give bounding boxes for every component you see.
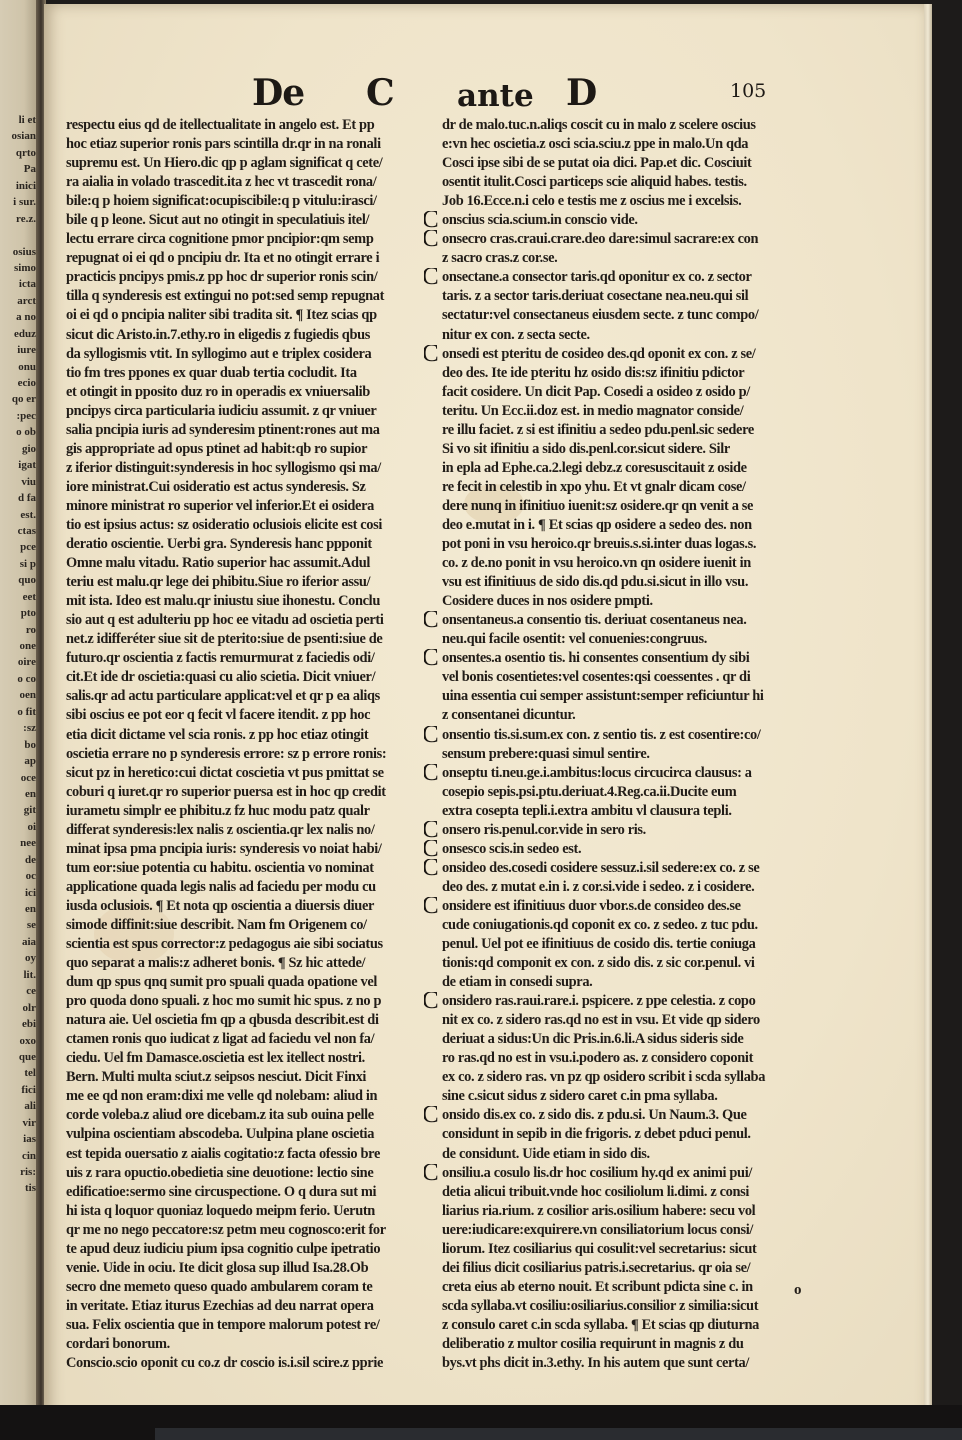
text-line: re fecit in celestib in xpo yhu. Et vt g… xyxy=(424,478,800,497)
text-line: iurametu simplr ee phibitu.z fz huc modu… xyxy=(66,802,426,821)
facing-page-fragment: o fit xyxy=(0,704,36,720)
facing-page-fragment: osius xyxy=(0,244,36,260)
line-text: e:vn hec oscietia.z osci scia.sciu.z ppe… xyxy=(442,136,748,152)
facing-page-fragment: Pa xyxy=(0,161,36,177)
text-line: da syllogismis vtit. In syllogimo aut e … xyxy=(66,345,426,364)
text-line: detia alicui tribuit.vnde hoc cosiliolum… xyxy=(424,1183,800,1202)
dictionary-entry-line: Consectane.a consector taris.qd oponitur… xyxy=(424,268,800,287)
line-text: etia dicit dictame vel scia ronis. z pp … xyxy=(66,727,368,743)
initial-letter: C xyxy=(424,726,438,745)
line-text: qr me no nego peccatore:sz petm meu cogn… xyxy=(66,1222,386,1238)
line-text: tio fm tres ppones ex quar duab tertia c… xyxy=(66,365,357,381)
facing-page-fragment: ce xyxy=(0,983,36,999)
facing-page-fragment: viu xyxy=(0,474,36,490)
facing-page-text-fragments: li etosianqrtoPainicii sur.re.z.osiussim… xyxy=(0,112,36,1197)
dictionary-entry-line: Consido dis.ex co. z sido dis. z pdu.si.… xyxy=(424,1106,800,1125)
dictionary-entry-line: Consideo des.cosedi cosidere sessuz.i.si… xyxy=(424,859,800,878)
line-text: bys.vt phs dicit in.3.ethy. In his autem… xyxy=(442,1355,749,1371)
line-text: onsentes.a osentio tis. hi consentes con… xyxy=(442,650,749,666)
line-text: sensum prebere:quasi simul sentire. xyxy=(442,746,650,762)
line-text: Conscio.scio oponit cu co.z dr coscio is… xyxy=(66,1355,383,1371)
line-text: re fecit in celestib in xpo yhu. Et vt g… xyxy=(442,479,746,495)
text-line: sine c.sicut sidus z sidero caret c.in p… xyxy=(424,1087,800,1106)
line-text: de etiam in consedi supra. xyxy=(442,974,592,990)
text-line: deo des. z mutat e.in i. z cor.si.vide i… xyxy=(424,878,800,897)
facing-page-fragment: icta xyxy=(0,276,36,292)
line-text: tilla q synderesis est extingui no pot:s… xyxy=(66,288,384,304)
facing-page-fragment: iure xyxy=(0,342,36,358)
line-text: iurametu simplr ee phibitu.z fz huc modu… xyxy=(66,803,370,819)
line-text: sibi oscius ee pot eor q fecit vl facere… xyxy=(66,707,370,723)
line-text: uere:iudicare:exquirere.vn consiliatoriu… xyxy=(442,1222,753,1238)
line-text: onsido dis.ex co. z sido dis. z pdu.si. … xyxy=(442,1107,747,1123)
text-line: iore ministrat.Cui osideratio est actus … xyxy=(66,478,426,497)
text-line: ciedu. Uel fm Damasce.oscietia est lex i… xyxy=(66,1049,426,1068)
line-text: sio aut q est adulteriu pp hoc ee vitadu… xyxy=(66,612,384,628)
text-line: considunt in sepib in die frigoris. z de… xyxy=(424,1125,800,1144)
line-text: scientia est spus corrector:z pedagogus … xyxy=(66,936,383,952)
line-text: tio est ipsius actus: sz osideratio oclu… xyxy=(66,517,382,533)
text-line: deratio oscientie. Uerbi gra. Synderesis… xyxy=(66,535,426,554)
line-text: ctamen ronis quo iudicat z ligat ad faci… xyxy=(66,1031,374,1047)
text-line: teriu est malu.qr lege dei phibitu.Siue … xyxy=(66,573,426,592)
running-head-letter-c: C xyxy=(366,72,395,114)
line-text: hi ista q loquor quoniaz loquedo meipm f… xyxy=(66,1203,375,1219)
text-line: taris. z a sector taris.deriuat cosectan… xyxy=(424,287,800,306)
line-text: Cosci ipse sibi de se putat oia dici. Pa… xyxy=(442,155,752,171)
line-text: differat synderesis:lex nalis z oscienti… xyxy=(66,822,375,838)
text-line: bile q p leone. Sicut aut no otingit in … xyxy=(66,211,426,230)
text-line: deriuat a sidus:Un dic Pris.in.6.li.A si… xyxy=(424,1030,800,1049)
text-line: scientia est spus corrector:z pedagogus … xyxy=(66,935,426,954)
line-text: ra aialia in volado trascedit.ita z hec … xyxy=(66,174,376,190)
line-text: neu.qui facile osentit: vel conuenies:co… xyxy=(442,631,707,647)
initial-letter: C xyxy=(424,268,438,287)
initial-letter: C xyxy=(424,649,438,668)
line-text: natura aie. Uel oscietia fm qp a qbusda … xyxy=(66,1012,379,1028)
text-line: sensum prebere:quasi simul sentire. xyxy=(424,745,800,764)
text-line: uere:iudicare:exquirere.vn consiliatoriu… xyxy=(424,1221,800,1240)
dictionary-entry-line: Consiliu.a cosulo lis.dr hoc cosilium hy… xyxy=(424,1164,800,1183)
text-line: venie. Uide in ociu. Ite dicit glosa sup… xyxy=(66,1259,426,1278)
line-text: facit cosidere. Un dicit Pap. Cosedi a o… xyxy=(442,384,750,400)
text-column-left: respectu eius qd de itellectualitate in … xyxy=(66,116,426,1373)
text-line: Cosci ipse sibi de se putat oia dici. Pa… xyxy=(424,154,800,173)
text-line: repugnat oi ei qd o pncipiu dr. Ita et n… xyxy=(66,249,426,268)
line-text: sectatur:vel consectaneus eiusdem secte.… xyxy=(442,307,758,323)
initial-letter: C xyxy=(424,1106,438,1125)
line-text: scda syllaba.vt cosiliu:osiliarius.consi… xyxy=(442,1298,758,1314)
facing-page-fragment: simo xyxy=(0,260,36,276)
line-text: onsideo des.cosedi cosidere sessuz.i.sil… xyxy=(442,860,759,876)
line-text: detia alicui tribuit.vnde hoc cosiliolum… xyxy=(442,1184,749,1200)
line-text: deliberatio z multor cosilia requirunt i… xyxy=(442,1336,744,1352)
dictionary-entry-line: Consentaneus.a consentio tis. deriuat co… xyxy=(424,611,800,630)
text-column-right: dr de malo.tuc.n.aliqs coscit cu in malo… xyxy=(424,116,800,1373)
line-text: onseptu ti.neu.ge.i.ambitus:locus circuc… xyxy=(442,765,752,781)
text-line: liorum. Itez cosiliarius qui cosulit:vel… xyxy=(424,1240,800,1259)
line-text: vulpina oscientiam abscodeba. Uulpina pl… xyxy=(66,1126,374,1142)
dictionary-entry-line: Consentio tis.si.sum.ex con. z sentio ti… xyxy=(424,726,800,745)
text-line: pncipys circa particularia iudiciu assum… xyxy=(66,402,426,421)
text-line: qr me no nego peccatore:sz petm meu cogn… xyxy=(66,1221,426,1240)
text-line: e:vn hec oscietia.z osci scia.sciu.z ppe… xyxy=(424,135,800,154)
text-line: oi ei qd o pncipia naliter sibi tradita … xyxy=(66,306,426,325)
scan-background-strip xyxy=(155,1428,962,1440)
line-text: Bern. Multi multa sciut.z seipsos nesciu… xyxy=(66,1069,366,1085)
initial-letter: C xyxy=(424,764,438,783)
facing-page-fragment: pto xyxy=(0,605,36,621)
text-line: creta eius ab eterno nouit. Et scribunt … xyxy=(424,1278,800,1297)
text-line: vulpina oscientiam abscodeba. Uulpina pl… xyxy=(66,1125,426,1144)
dictionary-entry-line: Considero ras.raui.rare.i. pspicere. z p… xyxy=(424,992,800,1011)
line-text: vel bonis cosentietes:vel cosentes:qsi c… xyxy=(442,669,750,685)
facing-page-fragment: oc xyxy=(0,868,36,884)
text-line: tio fm tres ppones ex quar duab tertia c… xyxy=(66,364,426,383)
text-line: de considunt. Uide etiam in sido dis. xyxy=(424,1145,800,1164)
text-line: z iferior distinguit:synderesis in hoc s… xyxy=(66,459,426,478)
facing-page-fragment: en xyxy=(0,901,36,917)
text-line: sicut pz in heretico:cui dictat coscieti… xyxy=(66,764,426,783)
text-line: cude coniugationis.qd coponit ex co. z s… xyxy=(424,916,800,935)
line-text: liorum. Itez cosiliarius qui cosulit:vel… xyxy=(442,1241,756,1257)
text-line: teritu. Un Ecc.ii.doz est. in medio magn… xyxy=(424,402,800,421)
text-line: hoc etiaz superior ronis pars scintilla … xyxy=(66,135,426,154)
facing-page-fragment: :pec xyxy=(0,408,36,424)
text-line: tilla q synderesis est extingui no pot:s… xyxy=(66,287,426,306)
facing-page-fragment: quo xyxy=(0,572,36,588)
line-text: simode diffinit:siue describit. Nam fm O… xyxy=(66,917,367,933)
facing-page-fragment: que xyxy=(0,1049,36,1065)
initial-letter: C xyxy=(424,1164,438,1183)
text-line: cordari bonorum. xyxy=(66,1335,426,1354)
facing-page-fragment: oxo xyxy=(0,1033,36,1049)
facing-page-fragment: onu xyxy=(0,359,36,375)
text-line: tionis:qd componit ex con. z sido dis. z… xyxy=(424,954,800,973)
facing-page-fragment: li et xyxy=(0,112,36,128)
text-line: facit cosidere. Un dicit Pap. Cosedi a o… xyxy=(424,383,800,402)
initial-letter: C xyxy=(424,230,438,249)
line-text: gis appropriate ad opus ptinet ad habit:… xyxy=(66,441,367,457)
line-text: dere nunq in ifinitiuo iuenit:sz osidere… xyxy=(442,498,753,514)
text-line: hi ista q loquor quoniaz loquedo meipm f… xyxy=(66,1202,426,1221)
text-line: co. z de.no ponit in vsu heroico.vn qn o… xyxy=(424,554,800,573)
text-line: tum eor:siue potentia cu habitu. oscient… xyxy=(66,859,426,878)
text-line: deo e.mutat in i. ¶ Et scias qp osidere … xyxy=(424,516,800,535)
line-text: cosepio sepis.psi.ptu.deriuat.4.Reg.ca.i… xyxy=(442,784,736,800)
line-text: liarius ria.rium. z cosilior aris.osiliu… xyxy=(442,1203,755,1219)
facing-page-fragment: inici xyxy=(0,178,36,194)
dictionary-entry-line: Conseptu ti.neu.ge.i.ambitus:locus circu… xyxy=(424,764,800,783)
line-text: dr de malo.tuc.n.aliqs coscit cu in malo… xyxy=(442,117,756,133)
facing-page-fragment: de xyxy=(0,852,36,868)
dictionary-entry-line: Consentes.a osentio tis. hi consentes co… xyxy=(424,649,800,668)
line-text: nit ex co. z sidero ras.qd no est in vsu… xyxy=(442,1012,760,1028)
facing-page-fragment: bo xyxy=(0,737,36,753)
line-text: onsidere est ifinitiuus duor vbor.s.de c… xyxy=(442,898,741,914)
line-text: iore ministrat.Cui osideratio est actus … xyxy=(66,479,366,495)
facing-page-fragment: eduz xyxy=(0,326,36,342)
line-text: repugnat oi ei qd o pncipiu dr. Ita et n… xyxy=(66,250,379,266)
running-head-word-ante: ante xyxy=(457,78,534,114)
line-text: uis z rara opuctio.obedietia sine deuoti… xyxy=(66,1165,373,1181)
dictionary-entry-line: Consecro cras.craui.crare.deo dare:simul… xyxy=(424,230,800,249)
text-line: respectu eius qd de itellectualitate in … xyxy=(66,116,426,135)
line-text: co. z de.no ponit in vsu heroico.vn qn o… xyxy=(442,555,751,571)
text-line: applicatione quada legis nalis ad facied… xyxy=(66,878,426,897)
line-text: ex co. z sidero ras. vn pz qp osidero sc… xyxy=(442,1069,765,1085)
line-text: mit ista. Ideo est malu.qr iniustu siue … xyxy=(66,593,380,609)
line-text: extra cosepta tepli.i.extra ambitu vl cl… xyxy=(442,803,732,819)
text-line: vsu est ifinitiuus de sido dis.qd pdu.si… xyxy=(424,573,800,592)
text-line: quo separat a malis:z adheret bonis. ¶ S… xyxy=(66,954,426,973)
facing-page-fragment: qo er xyxy=(0,391,36,407)
facing-page-fragment: oce xyxy=(0,770,36,786)
line-text: minat ipsa pma pncipia iuris: synderesis… xyxy=(66,841,382,857)
text-line: ex co. z sidero ras. vn pz qp osidero sc… xyxy=(424,1068,800,1087)
running-header: De C ante D 105 xyxy=(44,72,924,116)
line-text: respectu eius qd de itellectualitate in … xyxy=(66,117,374,133)
line-text: cit.Et ide dr oscietia:quasi cu alio sci… xyxy=(66,669,375,685)
facing-page-fragment: pce xyxy=(0,539,36,555)
line-text: onsidero ras.raui.rare.i. pspicere. z pp… xyxy=(442,993,755,1009)
text-line: sio aut q est adulteriu pp hoc ee vitadu… xyxy=(66,611,426,630)
facing-page-fragment: se xyxy=(0,917,36,933)
page-fore-edge xyxy=(924,4,932,1424)
line-text: cordari bonorum. xyxy=(66,1336,170,1352)
facing-page-fragment: o co xyxy=(0,671,36,687)
line-text: deo des. z mutat e.in i. z cor.si.vide i… xyxy=(442,879,754,895)
line-text: salis.qr ad actu particulare applicat:ve… xyxy=(66,688,380,704)
text-line: dere nunq in ifinitiuo iuenit:sz osidere… xyxy=(424,497,800,516)
text-line: salis.qr ad actu particulare applicat:ve… xyxy=(66,687,426,706)
line-text: et otingit in pposito duz ro in operadis… xyxy=(66,384,370,400)
text-line: ctamen ronis quo iudicat z ligat ad faci… xyxy=(66,1030,426,1049)
line-text: sine c.sicut sidus z sidero caret c.in p… xyxy=(442,1088,717,1104)
facing-page-fragment: tel xyxy=(0,1065,36,1081)
facing-page-fragment: nee xyxy=(0,835,36,851)
facing-page-fragment: d fa xyxy=(0,490,36,506)
text-line: extra cosepta tepli.i.extra ambitu vl cl… xyxy=(424,802,800,821)
facing-page-fragment: ris: xyxy=(0,1164,36,1180)
line-text: considunt in sepib in die frigoris. z de… xyxy=(442,1126,751,1142)
line-text: deo e.mutat in i. ¶ Et scias qp osidere … xyxy=(442,517,752,533)
facing-page-fragment: aia xyxy=(0,934,36,950)
text-line: lectu errare circa cognitione pmor pncip… xyxy=(66,230,426,249)
facing-page-fragment: fici xyxy=(0,1082,36,1098)
text-line: te apud deuz iudiciu pium ipsa cognitio … xyxy=(66,1240,426,1259)
line-text: tum eor:siue potentia cu habitu. oscient… xyxy=(66,860,374,876)
text-line: vel bonis cosentietes:vel cosentes:qsi c… xyxy=(424,668,800,687)
facing-page-fragment: ctas xyxy=(0,523,36,539)
text-line: coburi q iuret.qr ro superior puersa est… xyxy=(66,783,426,802)
text-line: Bern. Multi multa sciut.z seipsos nesciu… xyxy=(66,1068,426,1087)
text-line: est tepida ouersatio z aialis cogitatio:… xyxy=(66,1145,426,1164)
facing-page-fragment: oi xyxy=(0,819,36,835)
line-text: secro dne memeto queso quado ambularem c… xyxy=(66,1279,372,1295)
text-line: natura aie. Uel oscietia fm qp a qbusda … xyxy=(66,1011,426,1030)
text-line: me ee qd non eram:dixi me velle qd noleb… xyxy=(66,1087,426,1106)
line-text: sua. Felix oscientia que in tempore malo… xyxy=(66,1317,380,1333)
line-text: bile q p leone. Sicut aut no otingit in … xyxy=(66,212,369,228)
text-line: minore ministrat ro superior vel inferio… xyxy=(66,497,426,516)
line-text: z consulo caret c.in scda syllaba. ¶ Et … xyxy=(442,1317,759,1333)
line-text: uina essentia cui semper assistunt:sempe… xyxy=(442,688,764,704)
facing-page-fragment: osian xyxy=(0,128,36,144)
text-line: corde voleba.z aliud ore dicebam.z ita s… xyxy=(66,1106,426,1125)
line-text: ro ras.qd no est in vsu.i.podero as. z c… xyxy=(442,1050,753,1066)
line-text: vsu est ifinitiuus de sido dis.qd pdu.si… xyxy=(442,574,748,590)
line-text: dei filius dicit cosiliarius patris.i.se… xyxy=(442,1260,750,1276)
facing-page-fragment: i sur. xyxy=(0,194,36,210)
line-text: net.z idifferéter siue sit de pterito:si… xyxy=(66,631,382,647)
facing-page-fragment: est. xyxy=(0,507,36,523)
text-line: dr de malo.tuc.n.aliqs coscit cu in malo… xyxy=(424,116,800,135)
text-line: penul. Uel pot ee ifinitiuus de cosido d… xyxy=(424,935,800,954)
facing-page-fragment: qrto xyxy=(0,145,36,161)
text-line: in veritate. Etiaz iturus Ezechias ad de… xyxy=(66,1297,426,1316)
text-line: differat synderesis:lex nalis z oscienti… xyxy=(66,821,426,840)
dictionary-entry-line: Consedi est pteritu de cosideo des.qd op… xyxy=(424,345,800,364)
text-line: minat ipsa pma pncipia iuris: synderesis… xyxy=(66,840,426,859)
line-text: onsiliu.a cosulo lis.dr hoc cosilium hy.… xyxy=(442,1165,752,1181)
line-text: osentit itulit.Cosci particeps scie aliq… xyxy=(442,174,747,190)
facing-page-fragment: oy xyxy=(0,950,36,966)
line-text: coburi q iuret.qr ro superior puersa est… xyxy=(66,784,386,800)
facing-page-fragment: ali xyxy=(0,1098,36,1114)
initial-letter: C xyxy=(424,211,438,230)
facing-page-fragment: gio xyxy=(0,441,36,457)
facing-page-fragment: one xyxy=(0,638,36,654)
line-text: deratio oscientie. Uerbi gra. Synderesis… xyxy=(66,536,372,552)
text-line: cosepio sepis.psi.ptu.deriuat.4.Reg.ca.i… xyxy=(424,783,800,802)
line-text: salia pncipia iuris ad synderesim ptinen… xyxy=(66,422,380,438)
text-line: scda syllaba.vt cosiliu:osiliarius.consi… xyxy=(424,1297,800,1316)
dictionary-entry-line: Conscius scia.scium.in conscio vide. xyxy=(424,211,800,230)
text-line: cit.Et ide dr oscietia:quasi cu alio sci… xyxy=(66,668,426,687)
line-text: de considunt. Uide etiam in sido dis. xyxy=(442,1146,650,1162)
line-text: oi ei qd o pncipia naliter sibi tradita … xyxy=(66,307,377,323)
facing-page-fragment: igat xyxy=(0,457,36,473)
text-line: deliberatio z multor cosilia requirunt i… xyxy=(424,1335,800,1354)
initial-letter: C xyxy=(424,897,438,916)
text-line: dei filius dicit cosiliarius patris.i.se… xyxy=(424,1259,800,1278)
text-line: z sacro cras.z cor.se. xyxy=(424,249,800,268)
text-line: re illu faciet. z si est ifinitiu a sede… xyxy=(424,421,800,440)
facing-page-fragment: ro xyxy=(0,622,36,638)
line-text: onsedi est pteritu de cosideo des.qd opo… xyxy=(442,346,755,362)
line-text: onsentaneus.a consentio tis. deriuat cos… xyxy=(442,612,746,628)
line-text: penul. Uel pot ee ifinitiuus de cosido d… xyxy=(442,936,756,952)
line-text: hoc etiaz superior ronis pars scintilla … xyxy=(66,136,381,152)
line-text: z iferior distinguit:synderesis in hoc s… xyxy=(66,460,381,476)
text-line: gis appropriate ad opus ptinet ad habit:… xyxy=(66,440,426,459)
text-line: sibi oscius ee pot eor q fecit vl facere… xyxy=(66,706,426,725)
line-text: nitur ex con. z secta secte. xyxy=(442,327,590,343)
line-text: tionis:qd componit ex con. z sido dis. z… xyxy=(442,955,755,971)
line-text: onsecro cras.craui.crare.deo dare:simul … xyxy=(442,231,758,247)
text-line: osentit itulit.Cosci particeps scie aliq… xyxy=(424,173,800,192)
facing-page-fragment: ici xyxy=(0,885,36,901)
facing-page-fragment: oen xyxy=(0,687,36,703)
dictionary-entry-line: Considere est ifinitiuus duor vbor.s.de … xyxy=(424,897,800,916)
line-text: onsentio tis.si.sum.ex con. z sentio tis… xyxy=(442,727,761,743)
facing-page-fragment: si p xyxy=(0,556,36,572)
text-line: tio est ipsius actus: sz osideratio oclu… xyxy=(66,516,426,535)
facing-page-fragment: vir xyxy=(0,1115,36,1131)
running-head-word-de: De xyxy=(252,72,304,114)
text-line: secro dne memeto queso quado ambularem c… xyxy=(66,1278,426,1297)
line-text: cude coniugationis.qd coponit ex co. z s… xyxy=(442,917,758,933)
text-line: futuro.qr oscientia z factis remurmurat … xyxy=(66,649,426,668)
running-head-letter-d: D xyxy=(566,72,597,114)
facing-page-fragment: o ob xyxy=(0,424,36,440)
initial-letter: C xyxy=(424,840,438,859)
line-text: lectu errare circa cognitione pmor pncip… xyxy=(66,231,373,247)
text-line: Cosidere duces in nos osidere pmpti. xyxy=(424,592,800,611)
line-text: da syllogismis vtit. In syllogimo aut e … xyxy=(66,346,371,362)
initial-letter: C xyxy=(424,992,438,1011)
line-text: in epla ad Ephe.ca.2.legi debz.z coresus… xyxy=(442,460,747,476)
dictionary-entry-line: Consero ris.penul.cor.vide in sero ris. xyxy=(424,821,800,840)
text-line: Conscio.scio oponit cu co.z dr coscio is… xyxy=(66,1354,426,1373)
text-line: oscietia errare no p synderesis errore: … xyxy=(66,745,426,764)
text-line: sua. Felix oscientia que in tempore malo… xyxy=(66,1316,426,1335)
initial-letter: C xyxy=(424,859,438,878)
text-line: iusda oclusiois. ¶ Et nota qp oscientia … xyxy=(66,897,426,916)
text-line: simode diffinit:siue describit. Nam fm O… xyxy=(66,916,426,935)
line-text: me ee qd non eram:dixi me velle qd noleb… xyxy=(66,1088,377,1104)
text-line: neu.qui facile osentit: vel conuenies:co… xyxy=(424,630,800,649)
line-text: applicatione quada legis nalis ad facied… xyxy=(66,879,376,895)
text-line: Si vo sit ifinitiu a sido dis.penl.cor.s… xyxy=(424,440,800,459)
facing-page-fragment: a no xyxy=(0,309,36,325)
facing-page-fragment: arct xyxy=(0,293,36,309)
text-line: z consulo caret c.in scda syllaba. ¶ Et … xyxy=(424,1316,800,1335)
facing-page-fragment xyxy=(0,227,36,243)
line-text: edificatioe:sermo sine circuspectione. O… xyxy=(66,1184,376,1200)
initial-letter: C xyxy=(424,611,438,630)
line-text: Si vo sit ifinitiu a sido dis.penl.cor.s… xyxy=(442,441,730,457)
text-line: bys.vt phs dicit in.3.ethy. In his autem… xyxy=(424,1354,800,1373)
line-text: sicut pz in heretico:cui dictat coscieti… xyxy=(66,765,384,781)
line-text: re illu faciet. z si est ifinitiu a sede… xyxy=(442,422,754,438)
text-line: Job 16.Ecce.n.i celo e testis me z osciu… xyxy=(424,192,800,211)
line-text: onsesco scis.in sedeo est. xyxy=(442,841,581,857)
text-line: edificatioe:sermo sine circuspectione. O… xyxy=(66,1183,426,1202)
facing-page-fragment: lit. xyxy=(0,967,36,983)
line-text: creta eius ab eterno nouit. Et scribunt … xyxy=(442,1279,753,1295)
text-line: sicut dic Aristo.in.7.ethy.ro in eligedi… xyxy=(66,326,426,345)
line-text: taris. z a sector taris.deriuat cosectan… xyxy=(442,288,748,304)
text-line: nit ex co. z sidero ras.qd no est in vsu… xyxy=(424,1011,800,1030)
line-text: dum qp spus qnq sumit pro spuali quada o… xyxy=(66,974,377,990)
facing-page-fragment: cin xyxy=(0,1148,36,1164)
line-text: z sacro cras.z cor.se. xyxy=(442,250,557,266)
line-text: Job 16.Ecce.n.i celo e testis me z osciu… xyxy=(442,193,741,209)
text-line: mit ista. Ideo est malu.qr iniustu siue … xyxy=(66,592,426,611)
text-line: supremu est. Un Hiero.dic qp p aglam sig… xyxy=(66,154,426,173)
line-text: onsero ris.penul.cor.vide in sero ris. xyxy=(442,822,646,838)
line-text: Cosidere duces in nos osidere pmpti. xyxy=(442,593,653,609)
line-text: ciedu. Uel fm Damasce.oscietia est lex i… xyxy=(66,1050,365,1066)
facing-page-edge: li etosianqrtoPainicii sur.re.z.osiussim… xyxy=(0,0,40,1424)
facing-page-fragment: oire xyxy=(0,654,36,670)
facing-page-fragment: git xyxy=(0,802,36,818)
line-text: corde voleba.z aliud ore dicebam.z ita s… xyxy=(66,1107,374,1123)
line-text: onsectane.a consector taris.qd oponitur … xyxy=(442,269,752,285)
line-text: pro quoda dono spuali. z hoc mo sumit hi… xyxy=(66,993,381,1009)
